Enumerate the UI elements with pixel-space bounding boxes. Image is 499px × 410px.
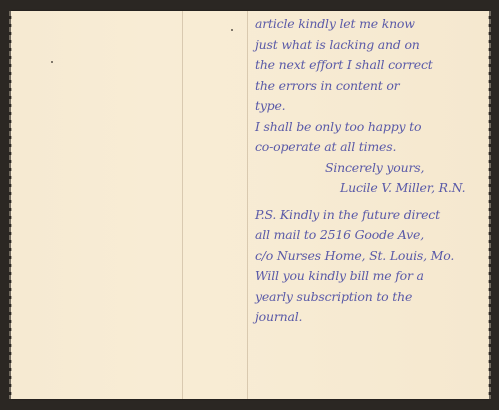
postscript: P.S. Kindly in the future direct all mai… <box>255 205 480 328</box>
body-line: just what is lacking and on <box>255 35 480 56</box>
postscript-line: P.S. Kindly in the future direct <box>255 205 480 226</box>
paper-speck <box>231 29 233 31</box>
body-line: the errors in content or <box>255 76 480 97</box>
closing: Sincerely yours, <box>255 158 480 179</box>
postscript-line: c/o Nurses Home, St. Louis, Mo. <box>255 246 480 267</box>
postscript-line: yearly subscription to the <box>255 287 480 308</box>
handwritten-text: article kindly let me know just what is … <box>255 14 480 328</box>
signature: Lucile V. Miller, R.N. <box>255 178 480 199</box>
letter-body: article kindly let me know just what is … <box>255 14 480 158</box>
postscript-line: all mail to 2516 Goode Ave, <box>255 225 480 246</box>
body-line: the next effort I shall correct <box>255 55 480 76</box>
body-line: article kindly let me know <box>255 14 480 35</box>
postscript-line: journal. <box>255 307 480 328</box>
fold-crease <box>182 11 183 399</box>
body-line: co-operate at all times. <box>255 137 480 158</box>
body-line: type. <box>255 96 480 117</box>
postscript-line: Will you kindly bill me for a <box>255 266 480 287</box>
fold-crease <box>247 11 248 399</box>
body-line: I shall be only too happy to <box>255 117 480 138</box>
paper-speck <box>51 61 53 63</box>
